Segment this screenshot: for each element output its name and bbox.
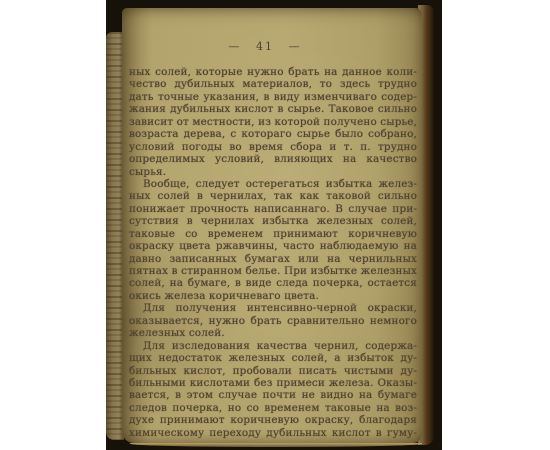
text-line: жания дубильных кислот в сырье. Таковое …: [129, 103, 417, 115]
page-text: ных солей, которые нужно брать на данное…: [129, 66, 417, 439]
text-line: понижает прочность написаннаго. В случае…: [129, 203, 417, 215]
text-line: Вообще, следует остерегаться избытка жел…: [129, 178, 417, 190]
text-line: чество дубильных материалов, то здесь тр…: [129, 78, 417, 90]
page-number: — 41 —: [122, 40, 408, 53]
text-line: Для изследования качества чернил, содерж…: [129, 340, 417, 352]
text-line: следов почерка, но со временем таковые н…: [129, 402, 417, 414]
text-line: духе принимают коричневую окраску, благо…: [129, 414, 417, 426]
text-line: вается, в этом случае почти не видно на …: [129, 389, 417, 401]
text-line: зависит от местности, из которой получен…: [129, 116, 417, 128]
text-line: условий погоды во время сбора и т. п. тр…: [129, 141, 417, 153]
text-line: пятнах в стиранном белье. При избытке же…: [129, 265, 417, 277]
text-line: таковые со временем принимают коричневую: [129, 228, 417, 240]
text-line: сутствия в чернилах избытка железных сол…: [129, 215, 417, 227]
text-line: Для получения интенсивно-черной окраски,: [129, 302, 417, 314]
text-line: окись железа коричневаго цвета.: [129, 290, 417, 302]
text-line: ных солей, которые нужно брать на данное…: [129, 66, 417, 78]
text-line: химическому переходу дубильных кислот в …: [129, 427, 417, 439]
text-line: определимых условий, влияющих на качеств…: [129, 153, 417, 165]
book-photo: — 41 — ных солей, которые нужно брать на…: [106, 0, 442, 450]
text-line: возраста дерева, с котораго сырье было с…: [129, 128, 417, 140]
book-page: — 41 — ных солей, которые нужно брать на…: [122, 8, 422, 443]
text-line: давно записанных бумагах или на чернильн…: [129, 253, 417, 265]
text-line: бильными кислотами без примеси железа. О…: [129, 377, 417, 389]
text-line: ных солей в чернилах, так как таковой си…: [129, 190, 417, 202]
text-line: железных солей.: [129, 327, 417, 339]
text-line: сырья.: [129, 166, 417, 178]
text-line: бильных кислот, пробовали писать чистыми…: [129, 365, 417, 377]
text-line: окраску цвета ржавчины, часто наблюдаему…: [129, 240, 417, 252]
text-line: солей, на бумаге, в виде следа почерка, …: [129, 277, 417, 289]
text-line: щих недостаток железных солей, а избыток…: [129, 352, 417, 364]
text-line: дать точные указания, в виду изменчиваго…: [129, 91, 417, 103]
text-line: оказывается, нужно брать сравнительно не…: [129, 315, 417, 327]
